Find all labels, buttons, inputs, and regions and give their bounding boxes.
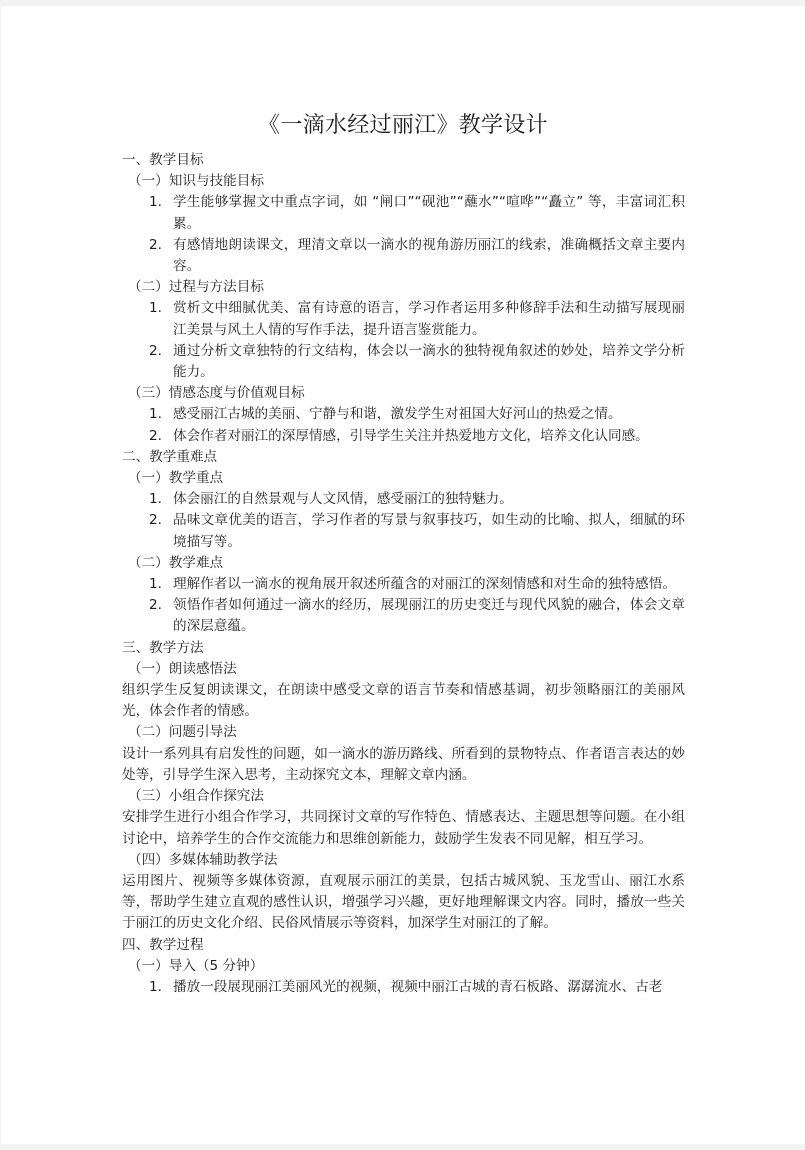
list-item: 1. 体会丽江的自然景观与人文风情，感受丽江的独特魅力。 xyxy=(122,489,685,510)
list-number: 1. xyxy=(149,574,173,595)
list-text: 播放一段展现丽江美丽风光的视频，视频中丽江古城的青石板路、潺潺流水、古老 xyxy=(173,977,685,998)
list-number: 1. xyxy=(149,977,173,998)
list-item: 1. 理解作者以一滴水的视角展开叙述所蕴含的对丽江的深刻情感和对生命的独特感悟。 xyxy=(122,574,685,595)
subsection-heading: （一）朗读感悟法 xyxy=(122,659,685,680)
list-text: 体会作者对丽江的深厚情感，引导学生关注并热爱地方文化，培养文化认同感。 xyxy=(173,426,685,447)
list-number: 2. xyxy=(149,595,173,637)
list-text: 感受丽江古城的美丽、宁静与和谐，激发学生对祖国大好河山的热爱之情。 xyxy=(173,404,685,425)
list-number: 1. xyxy=(149,489,173,510)
subsection-heading: （二）过程与方法目标 xyxy=(122,277,685,298)
section-heading: 二、教学重难点 xyxy=(122,447,685,468)
list-number: 2. xyxy=(149,510,173,552)
section-heading: 四、教学过程 xyxy=(122,935,685,956)
list-text: 学生能够掌握文中重点字词，如 “闸口”“砚池”“蘸水”“喧哗”“矗立” 等，丰富… xyxy=(173,192,685,234)
document-body: 一、教学目标 （一）知识与技能目标 1. 学生能够掌握文中重点字词，如 “闸口”… xyxy=(122,150,685,998)
list-number: 2. xyxy=(149,341,173,383)
list-number: 1. xyxy=(149,192,173,234)
list-text: 领悟作者如何通过一滴水的经历，展现丽江的历史变迁与现代风貌的融合，体会文章的深层… xyxy=(173,595,685,637)
subsection-heading: （三）小组合作探究法 xyxy=(122,786,685,807)
list-item: 1. 赏析文中细腻优美、富有诗意的语言，学习作者运用多种修辞手法和生动描写展现丽… xyxy=(122,298,685,340)
list-item: 1. 播放一段展现丽江美丽风光的视频，视频中丽江古城的青石板路、潺潺流水、古老 xyxy=(122,977,685,998)
list-number: 2. xyxy=(149,235,173,277)
subsection-heading: （三）情感态度与价值观目标 xyxy=(122,383,685,404)
list-item: 2. 通过分析文章独特的行文结构，体会以一滴水的独特视角叙述的妙处，培养文学分析… xyxy=(122,341,685,383)
subsection-heading: （一）教学重点 xyxy=(122,468,685,489)
paragraph: 运用图片、视频等多媒体资源，直观展示丽江的美景，包括古城风貌、玉龙雪山、丽江水系… xyxy=(122,871,685,935)
subsection-heading: （一）导入（5 分钟） xyxy=(122,956,685,977)
list-item: 2. 品味文章优美的语言，学习作者的写景与叙事技巧，如生动的比喻、拟人，细腻的环… xyxy=(122,510,685,552)
paragraph: 安排学生进行小组合作学习，共同探讨文章的写作特色、情感表达、主题思想等问题。在小… xyxy=(122,807,685,849)
list-number: 2. xyxy=(149,426,173,447)
list-text: 品味文章优美的语言，学习作者的写景与叙事技巧，如生动的比喻、拟人，细腻的环境描写… xyxy=(173,510,685,552)
document-title: 《一滴水经过丽江》教学设计 xyxy=(1,111,805,141)
list-item: 1. 学生能够掌握文中重点字词，如 “闸口”“砚池”“蘸水”“喧哗”“矗立” 等… xyxy=(122,192,685,234)
subsection-heading: （四）多媒体辅助教学法 xyxy=(122,850,685,871)
section-heading: 三、教学方法 xyxy=(122,638,685,659)
list-item: 2. 领悟作者如何通过一滴水的经历，展现丽江的历史变迁与现代风貌的融合，体会文章… xyxy=(122,595,685,637)
list-item: 2. 体会作者对丽江的深厚情感，引导学生关注并热爱地方文化，培养文化认同感。 xyxy=(122,426,685,447)
list-item: 1. 感受丽江古城的美丽、宁静与和谐，激发学生对祖国大好河山的热爱之情。 xyxy=(122,404,685,425)
subsection-heading: （一）知识与技能目标 xyxy=(122,171,685,192)
list-text: 赏析文中细腻优美、富有诗意的语言，学习作者运用多种修辞手法和生动描写展现丽江美景… xyxy=(173,298,685,340)
paragraph: 设计一系列具有启发性的问题，如一滴水的游历路线、所看到的景物特点、作者语言表达的… xyxy=(122,744,685,786)
list-text: 理解作者以一滴水的视角展开叙述所蕴含的对丽江的深刻情感和对生命的独特感悟。 xyxy=(173,574,685,595)
section-heading: 一、教学目标 xyxy=(122,150,685,171)
list-number: 1. xyxy=(149,404,173,425)
paragraph: 组织学生反复朗读课文，在朗读中感受文章的语言节奏和情感基调，初步领略丽江的美丽风… xyxy=(122,680,685,722)
document-page: 《一滴水经过丽江》教学设计 一、教学目标 （一）知识与技能目标 1. 学生能够掌… xyxy=(1,6,805,1144)
list-text: 体会丽江的自然景观与人文风情，感受丽江的独特魅力。 xyxy=(173,489,685,510)
list-number: 1. xyxy=(149,298,173,340)
list-item: 2. 有感情地朗读课文，理清文章以一滴水的视角游历丽江的线索，准确概括文章主要内… xyxy=(122,235,685,277)
list-text: 通过分析文章独特的行文结构，体会以一滴水的独特视角叙述的妙处，培养文学分析能力。 xyxy=(173,341,685,383)
subsection-heading: （二）问题引导法 xyxy=(122,722,685,743)
list-text: 有感情地朗读课文，理清文章以一滴水的视角游历丽江的线索，准确概括文章主要内容。 xyxy=(173,235,685,277)
subsection-heading: （二）教学难点 xyxy=(122,553,685,574)
